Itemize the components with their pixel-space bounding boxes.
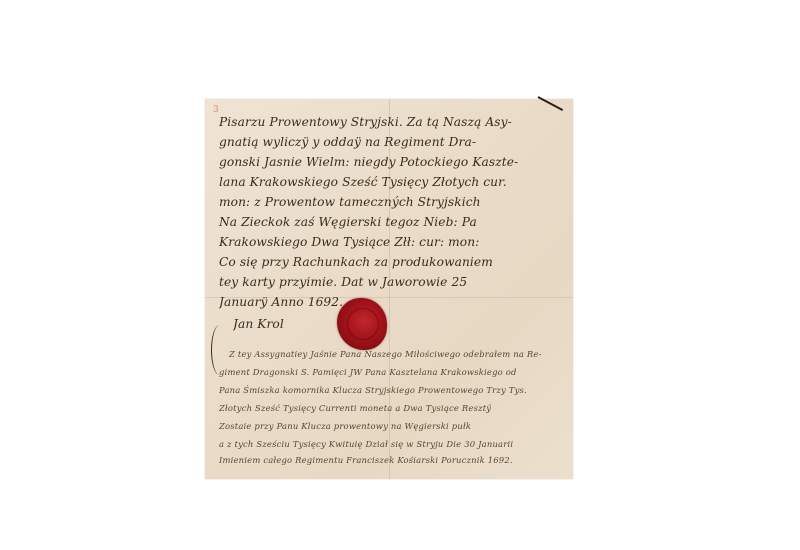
- text-line: mon: z Prowentow tameczných Stryjskich: [219, 195, 567, 209]
- text-line: Krakowskiego Dwa Tysiące Złł: cur: mon:: [219, 235, 567, 249]
- note-line: Złotych Sześć Tysięcy Currenti moneta a …: [219, 403, 567, 413]
- text-line: tey karty przyimie. Dat w Jaworowie 25: [219, 275, 567, 289]
- text-line: lana Krakowskiego Sześć Tysięcy Złotych …: [219, 175, 567, 189]
- wax-seal: [337, 298, 387, 350]
- folio-number: 3: [213, 105, 219, 115]
- text-line: Co się przy Rachunkach za produkowaniem: [219, 255, 567, 269]
- note-line: Pana Śmiszka komornika Klucza Stryjskieg…: [219, 385, 567, 395]
- signature-flourish: [211, 325, 228, 375]
- note-line: Imieniem całego Regimentu Franciszek Koś…: [219, 455, 567, 465]
- text-line: Na Zieckok zaś Węgierski tegoz Nieb: Pa: [219, 215, 567, 229]
- text-line: gnatią wyliczÿ y oddaÿ na Regiment Dra-: [219, 135, 567, 149]
- text-line: Januarÿ Anno 1692.: [219, 295, 567, 309]
- note-line: giment Dragonski S. Pamięci JW Pana Kasz…: [219, 367, 567, 377]
- note-line: Zostaie przy Panu Klucza prowentowy na W…: [219, 421, 567, 431]
- note-line: Z tey Assygnatiey Jaśnie Pana Naszego Mi…: [229, 349, 567, 359]
- seal-impression: [347, 308, 379, 340]
- note-line: a z tych Sześciu Tysięcy Kwituię Dział s…: [219, 439, 567, 449]
- signature: Jan Krol: [233, 317, 567, 331]
- text-line: Pisarzu Prowentowy Stryjski. Za tą Naszą…: [219, 115, 567, 129]
- manuscript-page: 3 Pisarzu Prowentowy Stryjski. Za tą Nas…: [205, 99, 573, 479]
- text-line: gonski Jasnie Wielm: niegdy Potockiego K…: [219, 155, 567, 169]
